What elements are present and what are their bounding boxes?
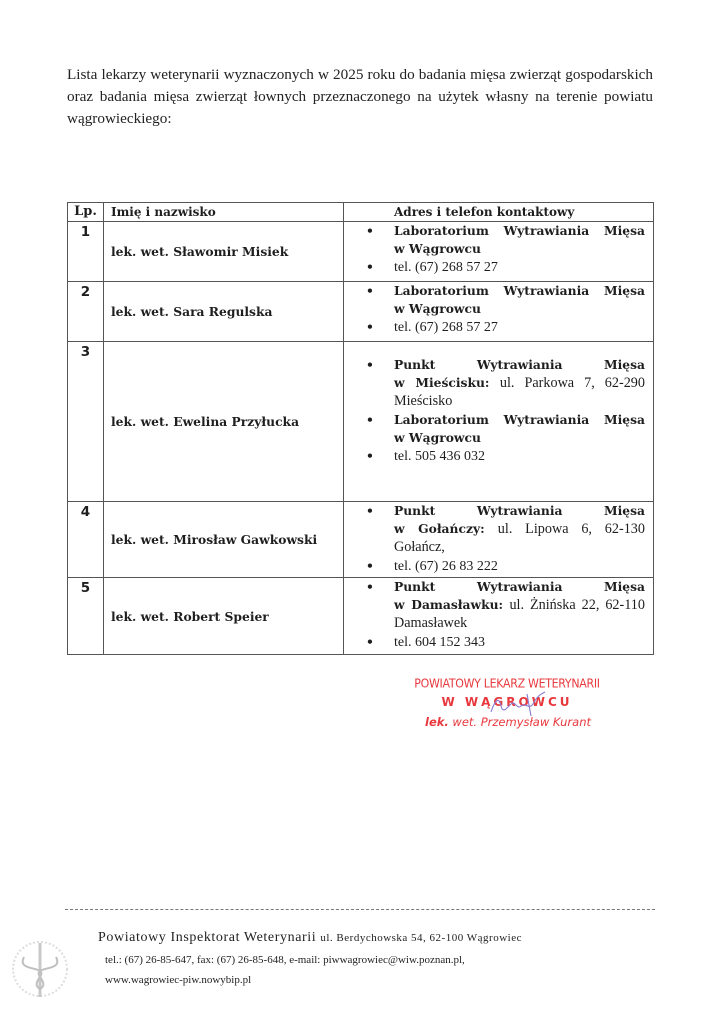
- address-cell: Punkt Wytrawiania Mięsaw Damasławku: ul.…: [344, 578, 654, 655]
- address-list: Punkt Wytrawiania Mięsaw Damasławku: ul.…: [366, 578, 645, 652]
- phone-item: tel. 604 152 343: [366, 633, 645, 652]
- facility-item: Punkt Wytrawiania Mięsaw Damasławku: ul.…: [366, 578, 645, 633]
- intro-paragraph: Lista lekarzy weterynarii wyznaczonych w…: [67, 64, 653, 130]
- footer-website: www.wagrowiec-piw.nowybip.pl: [105, 974, 522, 986]
- table-row: 2lek. wet. Sara RegulskaLaboratorium Wyt…: [68, 282, 654, 342]
- phone-number: tel. (67) 268 57 27: [394, 320, 498, 335]
- address-list: Laboratorium Wytrawiania Mięsaw Wągrowcu…: [366, 282, 645, 338]
- table-row: 4lek. wet. Mirosław GawkowskiPunkt Wytra…: [68, 502, 654, 578]
- org-address: ul. Berdychowska 54, 62-100 Wągrowiec: [320, 932, 522, 944]
- facility-item: Laboratorium Wytrawiania Mięsaw Wągrowcu: [366, 282, 645, 318]
- veterinarian-name: lek. wet. Sara Regulska: [104, 282, 344, 342]
- facility-name: Punkt Wytrawiania Mięsa: [394, 502, 645, 520]
- address-list: Punkt Wytrawiania Mięsaw Gołańczy: ul. L…: [366, 502, 645, 576]
- facility-item: Punkt Wytrawiania Mięsaw Gołańczy: ul. L…: [366, 502, 645, 557]
- address-cell: Laboratorium Wytrawiania Mięsaw Wągrowcu…: [344, 222, 654, 282]
- phone-item: tel. 505 436 032: [366, 447, 645, 466]
- address-cell: Punkt Wytrawiania Mięsaw Gołańczy: ul. L…: [344, 502, 654, 578]
- facility-town: w Gołańczy:: [394, 521, 485, 536]
- veterinarian-name: lek. wet. Robert Speier: [104, 578, 344, 655]
- facility-town: w Wągrowcu: [394, 430, 481, 445]
- facility-location: w Wągrowcu: [394, 242, 481, 256]
- phone-number: tel. 505 436 032: [394, 449, 485, 464]
- address-cell: Punkt Wytrawiania Mięsaw Mieścisku: ul. …: [344, 342, 654, 502]
- table-row: 3lek. wet. Ewelina PrzyłuckaPunkt Wytraw…: [68, 342, 654, 502]
- phone-number: tel. (67) 268 57 27: [394, 260, 498, 275]
- footer-contact: tel.: (67) 26-85-647, fax: (67) 26-85-64…: [105, 954, 522, 966]
- header-lp: Lp.: [68, 203, 104, 222]
- org-name: Powiatowy Inspektorat Weterynarii: [98, 930, 316, 945]
- facility-location: w Wągrowcu: [394, 302, 481, 316]
- stamp-title: POWIATOWY LEKARZ WETERYNARII: [412, 676, 602, 691]
- table-header-row: Lp. Imię i nazwisko Adres i telefon kont…: [68, 203, 654, 222]
- veterinarian-name: lek. wet. Ewelina Przyłucka: [104, 342, 344, 502]
- facility-item: Laboratorium Wytrawiania Mięsaw Wągrowcu: [366, 222, 645, 258]
- row-number: 4: [68, 502, 104, 578]
- footer-divider: [65, 909, 655, 910]
- facility-name: Punkt Wytrawiania Mięsa: [394, 578, 645, 596]
- veterinarian-name: lek. wet. Mirosław Gawkowski: [104, 502, 344, 578]
- facility-name: Laboratorium Wytrawiania Mięsa: [394, 222, 645, 240]
- address-list: Laboratorium Wytrawiania Mięsaw Wągrowcu…: [366, 222, 645, 278]
- phone-item: tel. (67) 268 57 27: [366, 258, 645, 277]
- facility-town: w Wągrowcu: [394, 301, 481, 316]
- facility-location: w Mieścisku: ul. Parkowa 7, 62-290 Mieśc…: [394, 376, 645, 408]
- facility-location: w Damasławku: ul. Żnińska 22, 62-110 Dam…: [394, 598, 645, 630]
- row-number: 3: [68, 342, 104, 502]
- facility-name: Laboratorium Wytrawiania Mięsa: [394, 282, 645, 300]
- table-row: 5lek. wet. Robert SpeierPunkt Wytrawiani…: [68, 578, 654, 655]
- facility-town: w Mieścisku:: [394, 375, 489, 390]
- facility-item: Punkt Wytrawiania Mięsaw Mieścisku: ul. …: [366, 356, 645, 411]
- phone-number: tel. 604 152 343: [394, 635, 485, 650]
- veterinarians-table: Lp. Imię i nazwisko Adres i telefon kont…: [67, 202, 654, 655]
- facility-location: w Wągrowcu: [394, 431, 481, 445]
- footer-contact-block: Powiatowy Inspektorat Weterynarii ul. Be…: [98, 930, 522, 986]
- header-address: Adres i telefon kontaktowy: [344, 203, 654, 222]
- facility-name: Punkt Wytrawiania Mięsa: [394, 356, 645, 374]
- address-list: Punkt Wytrawiania Mięsaw Mieścisku: ul. …: [366, 356, 645, 466]
- header-name: Imię i nazwisko: [104, 203, 344, 222]
- row-number: 2: [68, 282, 104, 342]
- phone-item: tel. (67) 268 57 27: [366, 318, 645, 337]
- signature-scribble: [483, 690, 553, 720]
- address-cell: Laboratorium Wytrawiania Mięsaw Wągrowcu…: [344, 282, 654, 342]
- veterinarian-name: lek. wet. Sławomir Misiek: [104, 222, 344, 282]
- phone-item: tel. (67) 26 83 222: [366, 557, 645, 576]
- facility-town: w Damasławku:: [394, 597, 503, 612]
- phone-number: tel. (67) 26 83 222: [394, 559, 498, 574]
- facility-name: Laboratorium Wytrawiania Mięsa: [394, 411, 645, 429]
- row-number: 1: [68, 222, 104, 282]
- row-number: 5: [68, 578, 104, 655]
- facility-item: Laboratorium Wytrawiania Mięsaw Wągrowcu: [366, 411, 645, 447]
- caduceus-logo-icon: [10, 935, 70, 1005]
- facility-location: w Gołańczy: ul. Lipowa 6, 62-130 Gołańcz…: [394, 522, 645, 554]
- table-row: 1lek. wet. Sławomir MisiekLaboratorium W…: [68, 222, 654, 282]
- facility-town: w Wągrowcu: [394, 241, 481, 256]
- footer-org-line: Powiatowy Inspektorat Weterynarii ul. Be…: [98, 930, 522, 946]
